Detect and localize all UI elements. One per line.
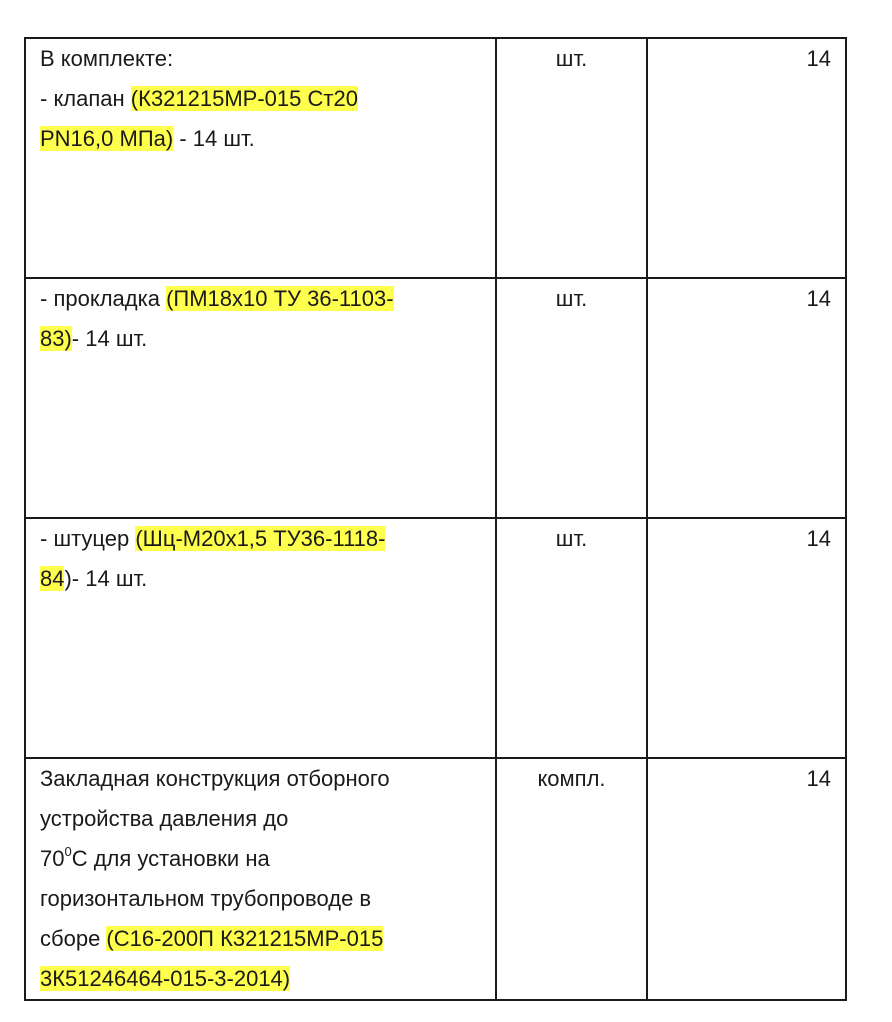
item-text: - штуцер (40, 526, 135, 551)
item-text: 70 (40, 846, 64, 871)
item-name-line: горизонтальном трубопроводе в (40, 879, 481, 919)
quantity-cell: 14 (647, 518, 846, 758)
highlighted-designation: (К321215МР-015 Ст20 (131, 86, 358, 111)
highlighted-designation: (ПМ18х10 ТУ 36-1103- (166, 286, 393, 311)
item-name-line: устройства давления до (40, 799, 481, 839)
item-name-line: - штуцер (Шц-М20х1,5 ТУ36-1118- (40, 519, 481, 559)
highlighted-designation: PN16,0 МПа) (40, 126, 173, 151)
item-name-line: сборе (С16-200П К321215МР-015 (40, 919, 481, 959)
item-text: - клапан (40, 86, 131, 111)
unit-cell: компл. (496, 758, 647, 1000)
highlighted-designation: 3К51246464-015-3-2014) (40, 966, 290, 991)
item-text: сборе (40, 926, 106, 951)
unit-cell: шт. (496, 38, 647, 278)
highlighted-designation: (Шц-М20х1,5 ТУ36-1118- (135, 526, 385, 551)
item-name-cell: - прокладка (ПМ18х10 ТУ 36-1103-83)- 14 … (25, 278, 496, 518)
item-name-line: 3К51246464-015-3-2014) (40, 959, 481, 999)
item-name-cell: В комплекте:- клапан (К321215МР-015 Ст20… (25, 38, 496, 278)
unit-cell: шт. (496, 278, 647, 518)
table-row: В комплекте:- клапан (К321215МР-015 Ст20… (25, 38, 846, 278)
item-name-line: В комплекте: (40, 39, 481, 79)
item-name-line: 84)- 14 шт. (40, 559, 481, 599)
item-text: Закладная конструкция отборного (40, 766, 390, 791)
highlighted-designation: 83) (40, 326, 72, 351)
item-name-line: Закладная конструкция отборного (40, 759, 481, 799)
table-row: - прокладка (ПМ18х10 ТУ 36-1103-83)- 14 … (25, 278, 846, 518)
item-text: С для установки на (72, 846, 270, 871)
highlighted-designation: (С16-200П К321215МР-015 (106, 926, 383, 951)
item-text: - 14 шт. (173, 126, 255, 151)
item-name-line: PN16,0 МПа) - 14 шт. (40, 119, 481, 159)
table-row: - штуцер (Шц-М20х1,5 ТУ36-1118-84)- 14 ш… (25, 518, 846, 758)
item-text: - прокладка (40, 286, 166, 311)
item-text: устройства давления до (40, 806, 288, 831)
table-row: Закладная конструкция отборногоустройств… (25, 758, 846, 1000)
item-name-cell: Закладная конструкция отборногоустройств… (25, 758, 496, 1000)
item-name-line: - прокладка (ПМ18х10 ТУ 36-1103- (40, 279, 481, 319)
item-text: горизонтальном трубопроводе в (40, 886, 371, 911)
item-text: )- 14 шт. (64, 566, 147, 591)
item-text: - 14 шт. (72, 326, 147, 351)
item-text: В комплекте: (40, 46, 173, 71)
item-name-line: - клапан (К321215МР-015 Ст20 (40, 79, 481, 119)
item-name-line: 83)- 14 шт. (40, 319, 481, 359)
item-name-line: 700С для установки на (40, 839, 481, 879)
item-text: 0 (64, 844, 71, 859)
quantity-cell: 14 (647, 278, 846, 518)
quantity-cell: 14 (647, 758, 846, 1000)
quantity-cell: 14 (647, 38, 846, 278)
specification-table: В комплекте:- клапан (К321215МР-015 Ст20… (24, 37, 847, 1001)
highlighted-designation: 84 (40, 566, 64, 591)
item-name-cell: - штуцер (Шц-М20х1,5 ТУ36-1118-84)- 14 ш… (25, 518, 496, 758)
unit-cell: шт. (496, 518, 647, 758)
